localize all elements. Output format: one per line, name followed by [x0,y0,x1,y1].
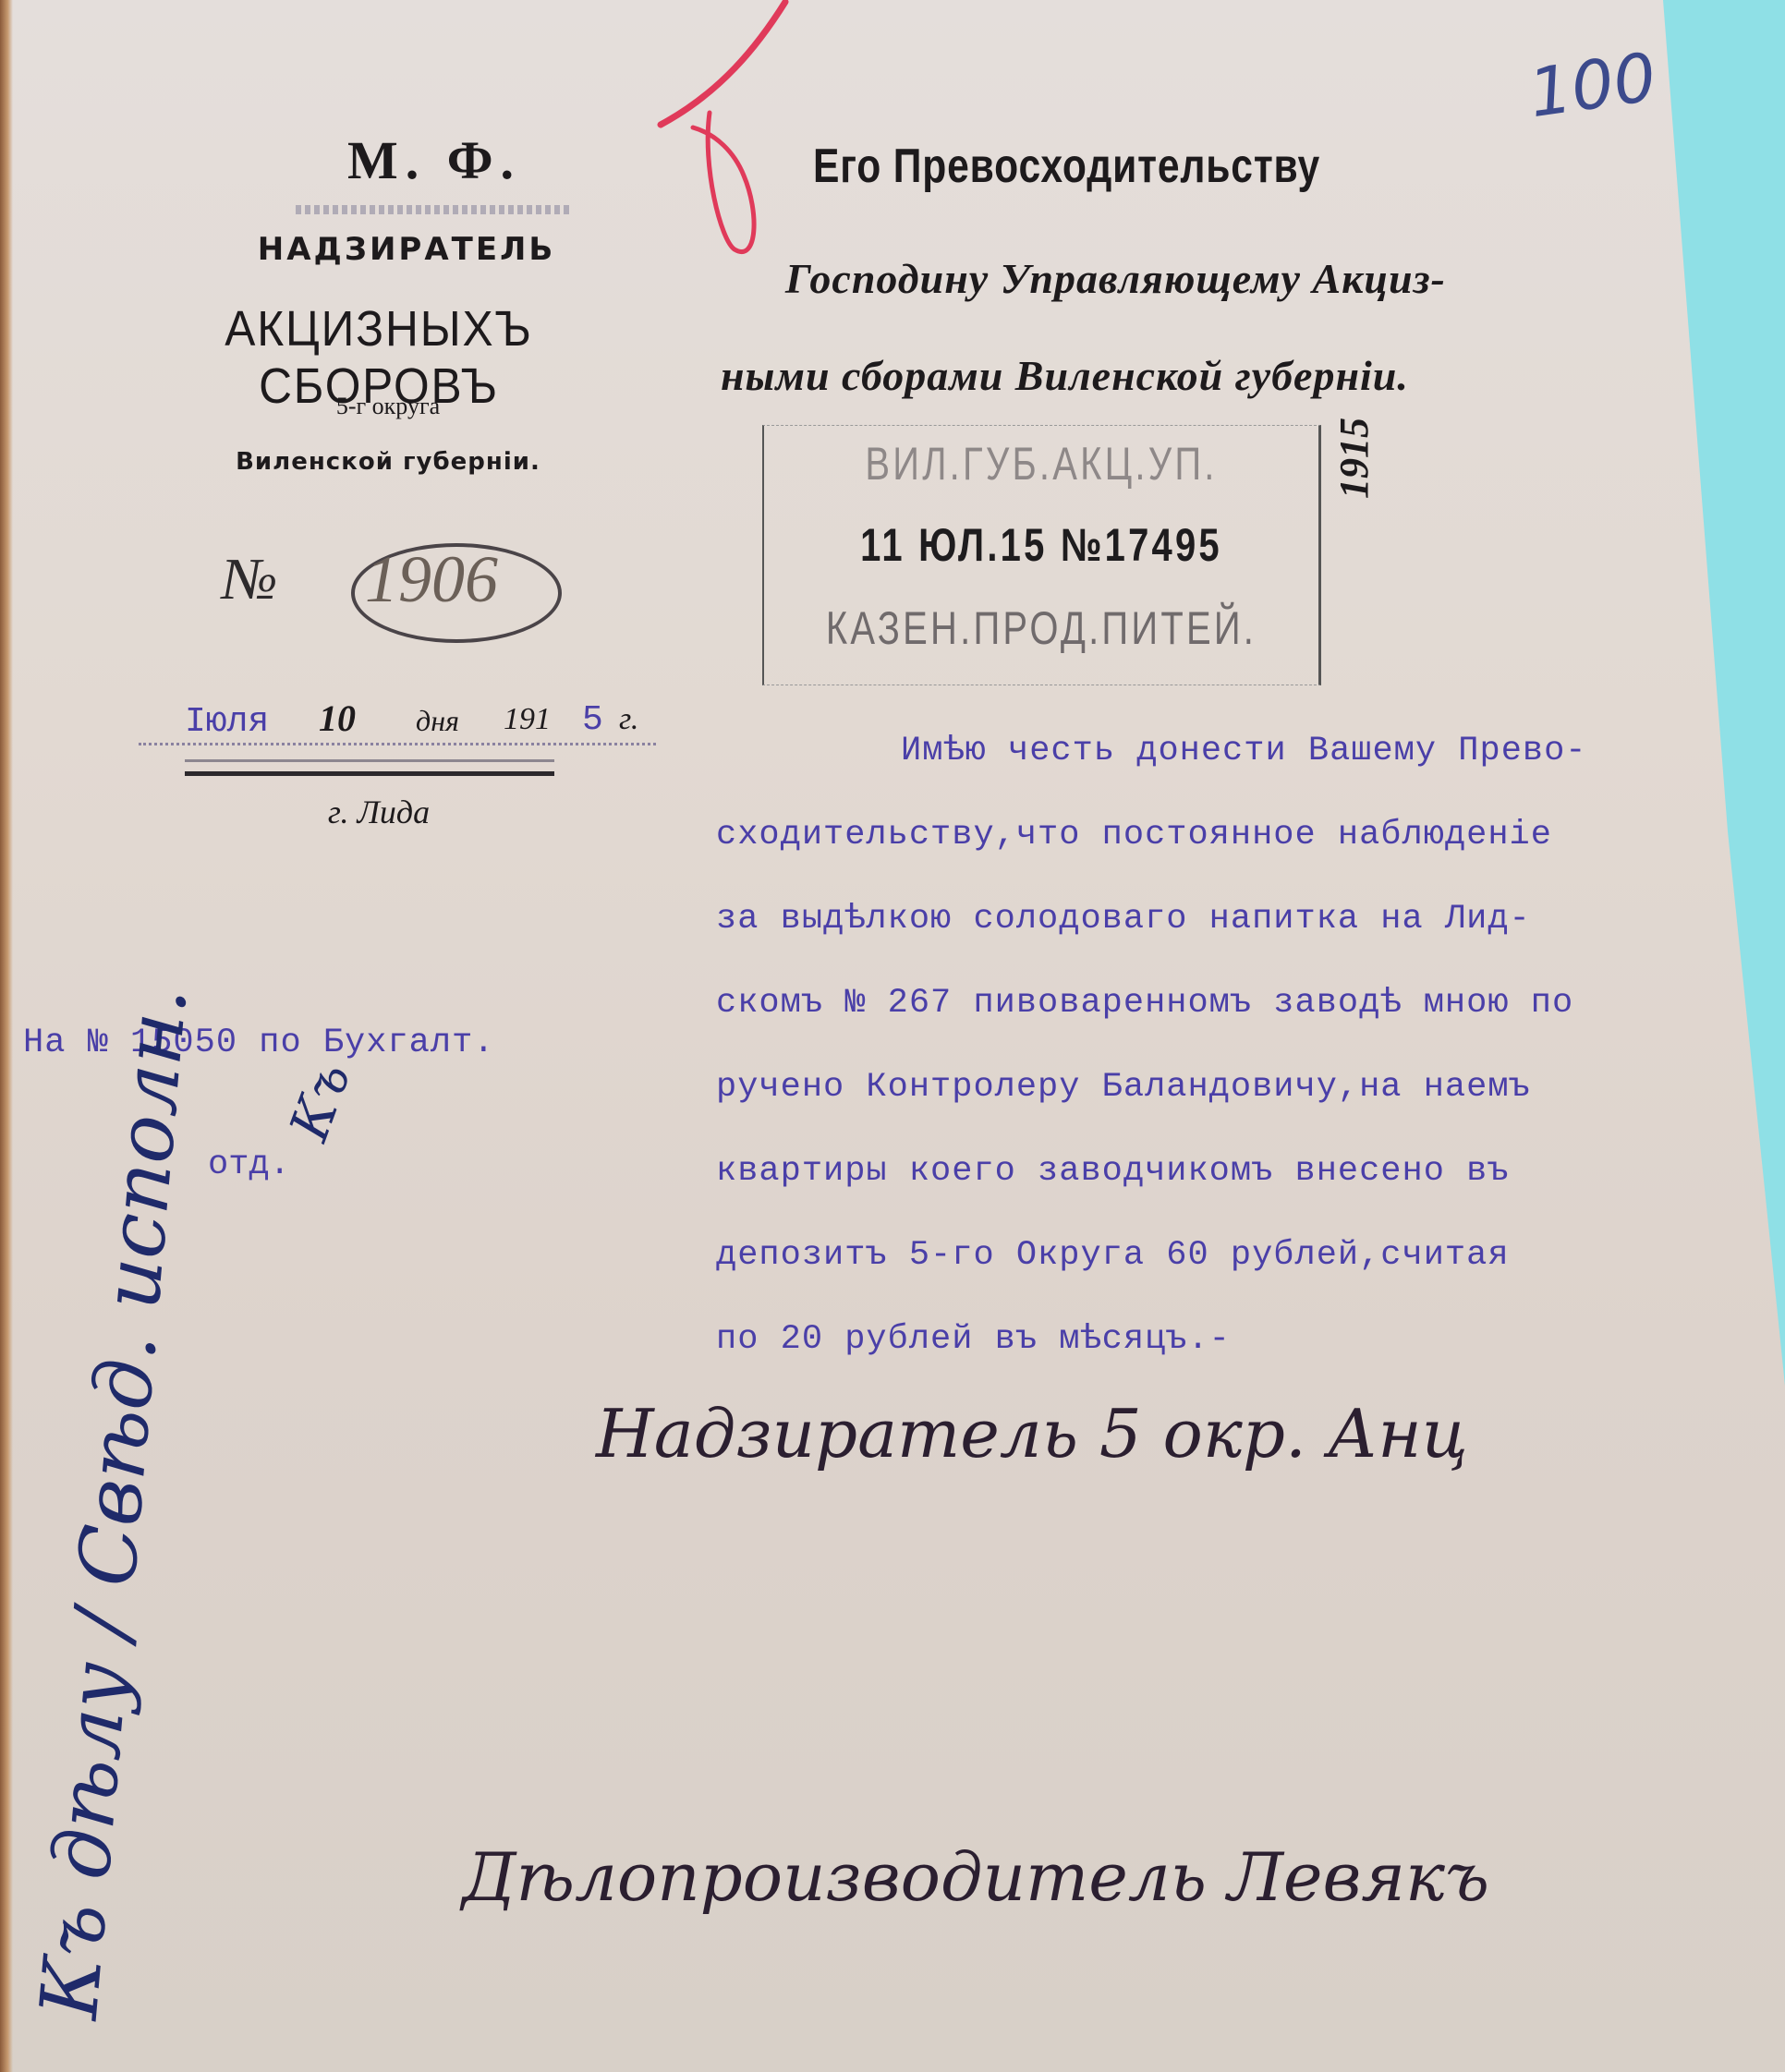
date-year-suffix: 5 [582,700,603,740]
body-line: депозитъ 5-го Округа 60 рублей,считая [716,1214,1760,1298]
number-value: 1906 [365,541,498,618]
date-day: 10 [319,697,356,740]
stamp-side-note: 1915 [1330,418,1378,499]
letterhead-province: Виленской губерніи. [176,448,601,476]
body-line: Имѣю честь донести Вашему Прево- [716,709,1760,794]
incoming-stamp: ВИЛ.ГУБ.АКЦ.УП. 11 ЮЛ.15 №17495 КАЗЕН.ПР… [762,425,1321,685]
ministry-abbrev: М. Ф. [268,129,601,191]
body-line: квартиры коего заводчикомъ внесено въ [716,1130,1760,1214]
reference-line-1: На № 15050 по Бухгалт. [23,1024,494,1062]
reference-line-2: отд. [208,1145,290,1184]
letterhead-title-1: НАДЗИРАТЕЛЬ [176,231,637,268]
addressee-line-3: ными сборами Виленской губерніи. [721,351,1552,400]
number-sign: № [222,545,277,613]
body-line: сходительству,что постоянное наблюденіе [716,794,1760,878]
letterhead-district: 5-г округа [240,393,536,420]
margin-note-vertical: Къ дѣлу / Свѣд. исполн. [18,983,210,2023]
date-month: Іюля [185,702,269,742]
body-line: скомъ № 267 пивоваренномъ заводѣ мною по [716,962,1760,1046]
handwritten-resolution: Къ [277,1054,362,1148]
stamp-line-3: КАЗЕН.ПРОД.ПИТЕЙ. [820,601,1263,655]
rule-thin [185,759,554,762]
rule-thick [185,771,554,776]
city: г. Лида [240,793,517,831]
body-line: ручено Контролеру Баландовичу,на наемъ [716,1046,1760,1130]
outgoing-number: № 1906 [212,536,564,637]
wavy-divider [296,205,573,214]
addressee-line-1: Его Превосходительству [813,139,1434,194]
document-page: 100 М. Ф. НАДЗИРАТЕЛЬ АКЦИЗНЫХЪ СБОРОВЪ … [0,0,1785,2072]
date-year-prefix: 191 [504,702,551,737]
date-g: г. [619,702,638,737]
body-line: по 20 рублей въ мѣсяцъ.- [716,1298,1760,1382]
date-dnya: дня [416,704,459,738]
addressee-line-2: Господину Управляющему Акциз- [785,254,1617,303]
body-text: Имѣю честь донести Вашему Прево- сходите… [716,709,1760,1382]
date-line: Іюля 10 дня 191 5 г. [139,702,656,745]
signature-clerk: Дѣлопроизводитель Левякъ [462,1838,1489,1916]
stamp-line-2: 11 ЮЛ.15 №17495 [820,518,1263,572]
body-line: за выдѣлкою солодоваго напитка на Лид- [716,878,1760,962]
signature-inspector: Надзиратель 5 окр. Анц [596,1395,1468,1472]
binding-edge [0,0,13,2072]
page-number-pencil: 100 [1524,38,1661,132]
stamp-line-1: ВИЛ.ГУБ.АКЦ.УП. [820,437,1263,491]
